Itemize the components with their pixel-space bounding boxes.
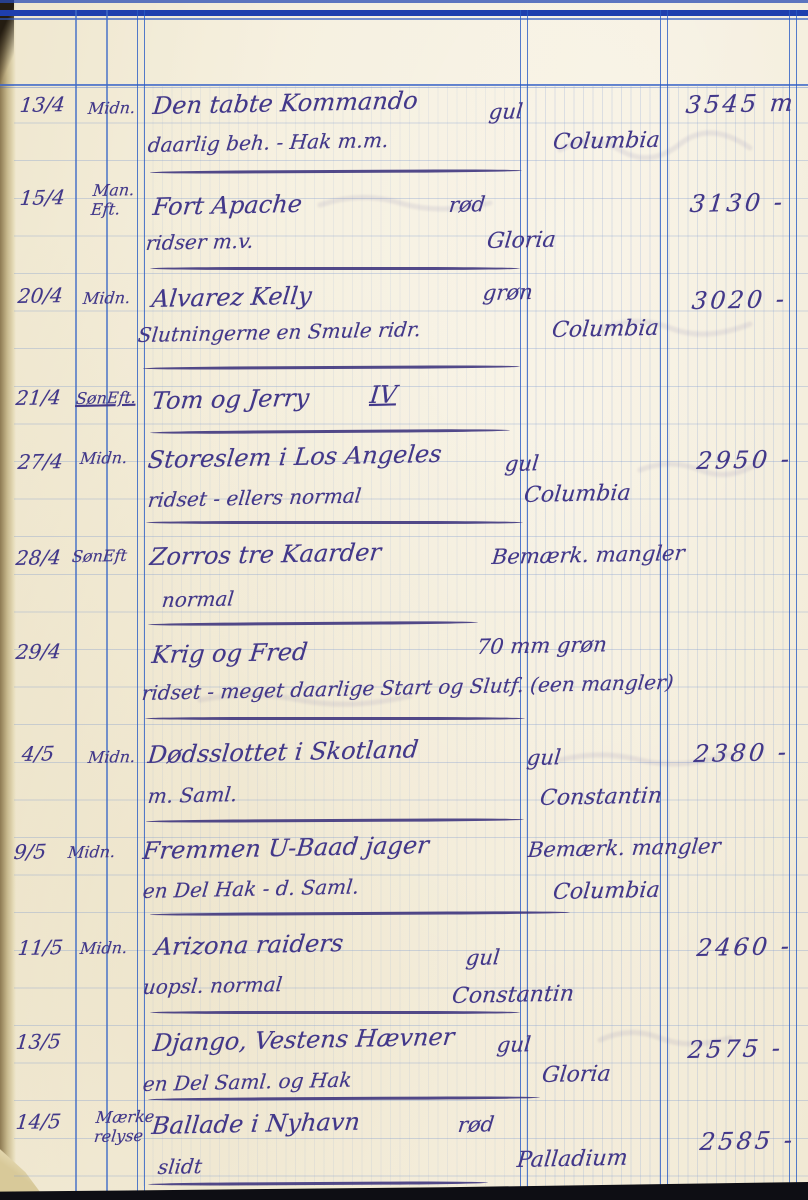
condition-note: uopsl. normal [142, 972, 284, 999]
entry-date: 13/5 [15, 1029, 62, 1054]
film-color-note: 70 mm grøn [476, 632, 608, 659]
entry-date: 13/4 [19, 92, 66, 117]
film-color-note: rød [448, 192, 487, 217]
entry-slot: Midn. [79, 448, 128, 468]
film-color-note: gul [496, 1032, 532, 1057]
entry-date: 29/4 [15, 639, 62, 664]
distributor: Constantin [539, 783, 664, 811]
film-title: Tom og Jerry [151, 384, 311, 415]
film-title: Krig og Fred [151, 638, 309, 669]
film-color-note: gul [504, 451, 540, 476]
condition-note: m. Saml. [147, 782, 239, 808]
distributor: Columbia [523, 481, 632, 508]
distributor: Columbia [552, 128, 661, 155]
film-title: Alvarez Kelly [151, 282, 313, 313]
distributor: Columbia [551, 316, 660, 343]
ledger-page: 13/4 Midn. Den tabte Kommando gul 3545 m… [0, 0, 808, 1200]
film-title: Arizona raiders [154, 929, 345, 961]
entry-slot: Midn. [67, 842, 116, 862]
film-color-note: gul [488, 99, 524, 124]
film-color-note: grøn [482, 280, 534, 305]
entry-separator [145, 717, 525, 720]
condition-note: normal [161, 586, 235, 611]
film-color-note: rød [457, 1112, 496, 1137]
entry-slot: Midn. [82, 288, 131, 308]
column-rule-double [137, 10, 145, 1194]
ruled-line [0, 18, 808, 20]
column-rule-double [660, 10, 668, 1194]
entry-slot: Mærke relyse [93, 1107, 155, 1146]
entry-slot: SønEft [71, 546, 128, 566]
entry-slot: Midn. [87, 747, 136, 767]
distributor: Palladium [516, 1146, 629, 1173]
entry-date: 15/4 [19, 185, 66, 210]
film-title: Fort Apache [152, 190, 304, 221]
entry-date: 14/5 [15, 1109, 62, 1134]
header-thick-rule [0, 10, 808, 16]
entry-separator [146, 521, 523, 524]
film-title-sequel: IV [369, 380, 399, 409]
remark: Bemærk. mangler [491, 541, 686, 569]
distributor: Columbia [552, 878, 661, 905]
film-title: Ballade i Nyhavn [151, 1108, 362, 1140]
amount: 2585 - [699, 1126, 797, 1156]
entry-slot: Midn. [79, 938, 128, 958]
column-rule-double [520, 10, 528, 1194]
entry-slot: Man. Eft. [90, 180, 135, 219]
entry-slot: Midn. [87, 98, 136, 118]
film-color-note: gul [526, 745, 562, 770]
distributor: Constantin [451, 981, 576, 1009]
column-rule [75, 10, 77, 1194]
condition-note: ridser m.v. [145, 229, 255, 255]
condition-note: slidt [157, 1154, 203, 1179]
entry-date: 20/4 [17, 283, 64, 308]
amount: 2460 - [696, 932, 794, 962]
amount: 2950 - [696, 445, 794, 475]
distributor: Gloria [541, 1062, 612, 1088]
distributor: Gloria [486, 228, 557, 254]
entry-slot: SønEft. [75, 388, 137, 408]
condition-note: ridset - ellers normal [147, 484, 363, 512]
ruled-line [0, 0, 808, 3]
entry-separator [150, 1011, 520, 1014]
entry-date: 21/4 [15, 385, 62, 410]
entry-date: 28/4 [15, 545, 62, 570]
amount: 3130 - [689, 188, 787, 218]
film-title: Dødsslottet i Skotland [147, 735, 420, 769]
amount: 2575 - [687, 1034, 785, 1064]
amount: 3545 m [685, 89, 798, 119]
entry-date: 9/5 [13, 839, 48, 864]
film-color-note: gul [465, 945, 501, 970]
condition-note: daarlig beh. - Hak m.m. [147, 128, 390, 157]
amount: 2380 - [693, 738, 791, 768]
amount: 3020 - [691, 285, 789, 315]
film-title: Den tabte Kommando [152, 86, 420, 120]
remark: Bemærk. mangler [527, 834, 722, 862]
entry-date: 11/5 [17, 935, 64, 960]
condition-note: en Del Saml. og Hak [142, 1068, 353, 1096]
column-rule-double [789, 10, 797, 1194]
entry-date: 27/4 [17, 449, 64, 474]
entry-date: 4/5 [21, 741, 56, 766]
entry-separator [150, 267, 520, 270]
condition-note: en Del Hak - d. Saml. [142, 874, 360, 903]
film-title: Zorros tre Kaarder [149, 538, 383, 571]
